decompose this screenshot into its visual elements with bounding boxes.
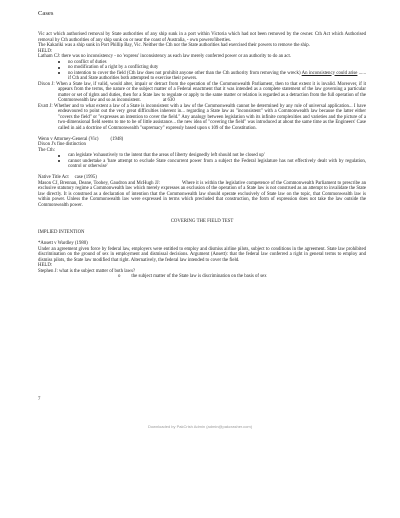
square-bullet-icon — [58, 61, 60, 63]
latham-bullet-list: no conflict of duties no modification of… — [38, 60, 366, 82]
square-bullet-icon — [58, 67, 60, 69]
bullet-text: no intention to cover the field (Cth law… — [68, 71, 302, 76]
list-item: no intention to cover the field (Cth law… — [38, 71, 366, 82]
bullet-text: no modification of a right by a conflict… — [68, 65, 158, 70]
case-year: (1948) — [110, 137, 123, 142]
stephen-sub-bullet: o the subject matter of the State law is… — [38, 274, 366, 280]
judges-list: Mason CJ, Brennan, Deane, Toohey, Gaudro… — [38, 181, 160, 186]
bullet-text: the subject matter of the State law is d… — [131, 274, 266, 280]
spacer — [38, 208, 366, 219]
underlined-phrase: An inconsistency could arise — [302, 71, 358, 76]
page-title: Cases — [38, 10, 366, 18]
wenn-bullet-list: can legislate 'exhaustively to the inten… — [38, 153, 366, 170]
case-label: case (1995) — [75, 175, 97, 180]
dixon-text: Dixon J: When a State law, if valid, wou… — [38, 82, 366, 104]
page-content: Cases Vic act which authorised removal b… — [0, 0, 400, 280]
o-bullet-icon: o — [118, 274, 120, 280]
pincite: at 630 — [163, 98, 175, 103]
kakariki-facts-paragraph-1: Vic act which authorised removal by Stat… — [38, 32, 366, 43]
evatt-judgment-paragraph: Evatt J: Whether and to what extent a la… — [38, 104, 366, 132]
bullet-text: can legislate 'exhaustively to the inten… — [68, 153, 265, 158]
page-number: 7 — [38, 397, 40, 402]
bullet-text: cannot undertake a 'bare attempt to excl… — [68, 159, 366, 170]
list-item: cannot undertake a 'bare attempt to excl… — [38, 159, 366, 170]
download-footer: Downloaded by PakCrish Admin (admin@pakc… — [0, 424, 400, 429]
square-bullet-icon — [58, 72, 60, 74]
case-name: Native Title Act — [38, 175, 69, 180]
case-name: Wenn v Attorney-General (Vic) — [38, 137, 98, 142]
square-bullet-icon — [58, 155, 60, 157]
ansett-facts-paragraph: Under an agreement given force by federa… — [38, 247, 366, 264]
bullet-text: no conflict of duties — [68, 60, 107, 65]
dixon-judgment-paragraph: Dixon J: When a State law, if valid, wou… — [38, 82, 366, 104]
square-bullet-icon — [58, 160, 60, 162]
native-title-judgment-paragraph: Mason CJ, Brennan, Deane, Toohey, Gaudro… — [38, 181, 366, 209]
document-page: Cases Vic act which authorised removal b… — [0, 0, 400, 518]
